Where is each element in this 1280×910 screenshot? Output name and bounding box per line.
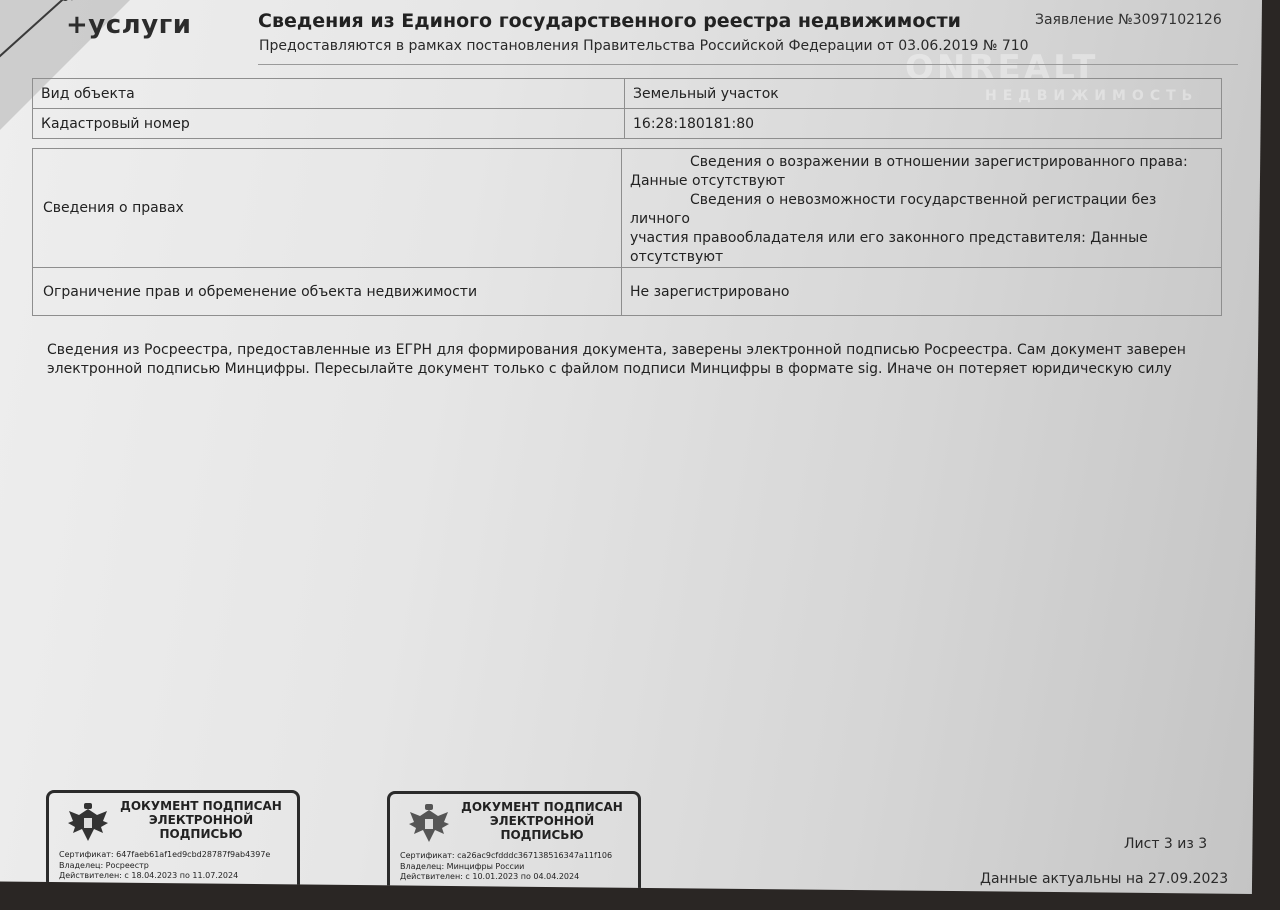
stamp-heading: ДОКУМЕНТ ПОДПИСАН ЭЛЕКТРОННОЙ ПОДПИСЬЮ — [117, 799, 285, 841]
coat-of-arms-icon — [65, 801, 111, 845]
header-divider — [258, 64, 1238, 65]
certificate-validity: Действителен: с 10.01.2023 по 04.04.2024 — [400, 872, 612, 883]
document-title: Сведения из Единого государственного рее… — [258, 10, 961, 32]
certificate-validity: Действителен: с 18.04.2023 по 11.07.2024 — [59, 871, 270, 882]
object-type-label: Вид объекта — [33, 79, 625, 109]
document-page: 97-4 +услуги Сведения из Единого государ… — [0, 0, 1262, 894]
rights-table: Сведения о правах Сведения о возражении … — [32, 148, 1222, 316]
stamp-heading: ДОКУМЕНТ ПОДПИСАН ЭЛЕКТРОННОЙ ПОДПИСЬЮ — [458, 800, 626, 842]
legal-notice: Сведения из Росреестра, предоставленные … — [47, 341, 1232, 379]
cadastral-number-value: 16:28:180181:80 — [625, 109, 1222, 139]
objection-heading: Сведения о возражении в отношении зареги… — [630, 153, 1213, 172]
object-type-value: Земельный участок — [625, 79, 1222, 109]
signature-stamp-mintsifry: ДОКУМЕНТ ПОДПИСАН ЭЛЕКТРОННОЙ ПОДПИСЬЮ С… — [387, 791, 641, 890]
table-row: Вид объекта Земельный участок — [33, 79, 1222, 109]
certificate-owner: Владелец: Росреестр — [59, 861, 270, 872]
page-counter: Лист 3 из 3 — [1124, 836, 1207, 852]
table-row: Сведения о правах Сведения о возражении … — [33, 149, 1222, 268]
certificate-id: Сертификат: ca26ac9cfdddc367138516347a11… — [400, 851, 612, 862]
data-actual-date: Данные актуальны на 27.09.2023 — [980, 871, 1228, 887]
stamp-details: Сертификат: ca26ac9cfdddc367138516347a11… — [400, 851, 612, 883]
object-table: Вид объекта Земельный участок Кадастровы… — [32, 78, 1222, 139]
encumbrance-label: Ограничение прав и обременение объекта н… — [33, 268, 622, 316]
registration-heading: Сведения о невозможности государственной… — [630, 191, 1213, 229]
certificate-id: Сертификат: 647faeb61af1ed9cbd28787f9ab4… — [59, 850, 270, 861]
stamp-details: Сертификат: 647faeb61af1ed9cbd28787f9ab4… — [59, 850, 270, 882]
objection-value: Данные отсутствуют — [630, 172, 1213, 191]
cadastral-number-label: Кадастровый номер — [33, 109, 625, 139]
encumbrance-value: Не зарегистрировано — [622, 268, 1222, 316]
table-row: Ограничение прав и обременение объекта н… — [33, 268, 1222, 316]
application-number: Заявление №3097102126 — [1035, 12, 1222, 28]
coat-of-arms-icon — [406, 802, 452, 846]
certificate-owner: Владелец: Минцифры России — [400, 862, 612, 873]
rights-label: Сведения о правах — [33, 149, 622, 268]
rights-value: Сведения о возражении в отношении зареги… — [622, 149, 1222, 268]
handwritten-note: 97-4 — [58, 0, 77, 2]
gosuslugi-logo: +услуги — [66, 10, 191, 40]
signature-stamp-rosreestr: ДОКУМЕНТ ПОДПИСАН ЭЛЕКТРОННОЙ ПОДПИСЬЮ С… — [46, 790, 300, 889]
registration-value: участия правообладателя или его законног… — [630, 229, 1213, 267]
table-row: Кадастровый номер 16:28:180181:80 — [33, 109, 1222, 139]
